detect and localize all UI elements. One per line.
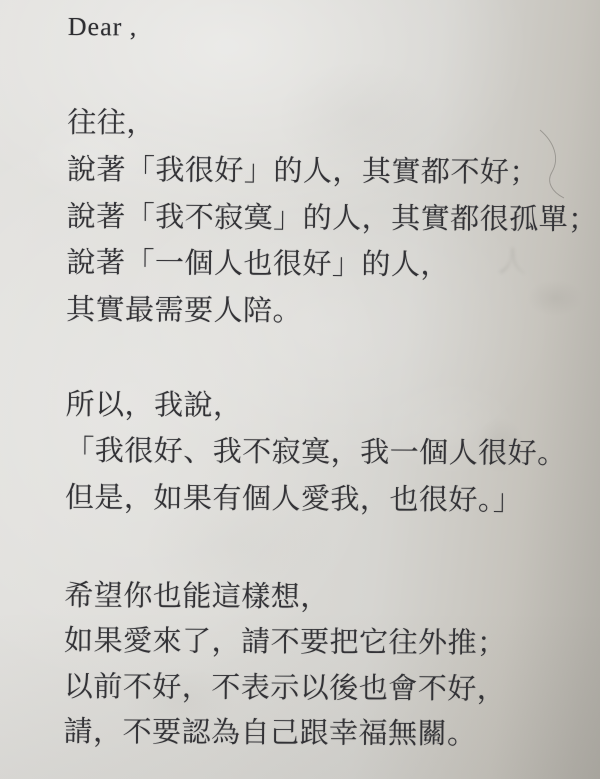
poem-line: 往往， bbox=[67, 100, 156, 142]
poem-line: 但是，如果有個人愛我，也很好。」 bbox=[65, 475, 523, 519]
salutation-line: Dear , bbox=[68, 12, 138, 42]
poem-line: 說著「一個人也很好」的人， bbox=[66, 240, 450, 283]
poem-line: 請，不要認為自己跟幸福無關。 bbox=[63, 709, 476, 753]
poem-line: 說著「我很好」的人，其實都不好； bbox=[67, 147, 539, 191]
poem-text-block: Dear , 往往， 說著「我很好」的人，其實都不好； 說著「我不寂寞」的人，其… bbox=[63, 0, 588, 779]
book-page-photo: 人 Dear , 往往， 說著「我很好」的人，其實都不好； 說著「我不寂寞」的人… bbox=[0, 0, 600, 779]
poem-line: 所以，我說， bbox=[65, 382, 242, 424]
poem-line: 如果愛來了，請不要把它往外推； bbox=[64, 618, 507, 662]
poem-line: 說著「我不寂寞」的人，其實都很孤單； bbox=[67, 194, 598, 238]
poem-line: 以前不好，不表示以後也會不好， bbox=[64, 664, 507, 708]
poem-line: 其實最需要人陪。 bbox=[66, 287, 302, 329]
poem-line: 「我很好、我不寂寞，我一個人很好。 bbox=[65, 428, 567, 472]
poem-line: 希望你也能這樣想， bbox=[64, 573, 330, 616]
